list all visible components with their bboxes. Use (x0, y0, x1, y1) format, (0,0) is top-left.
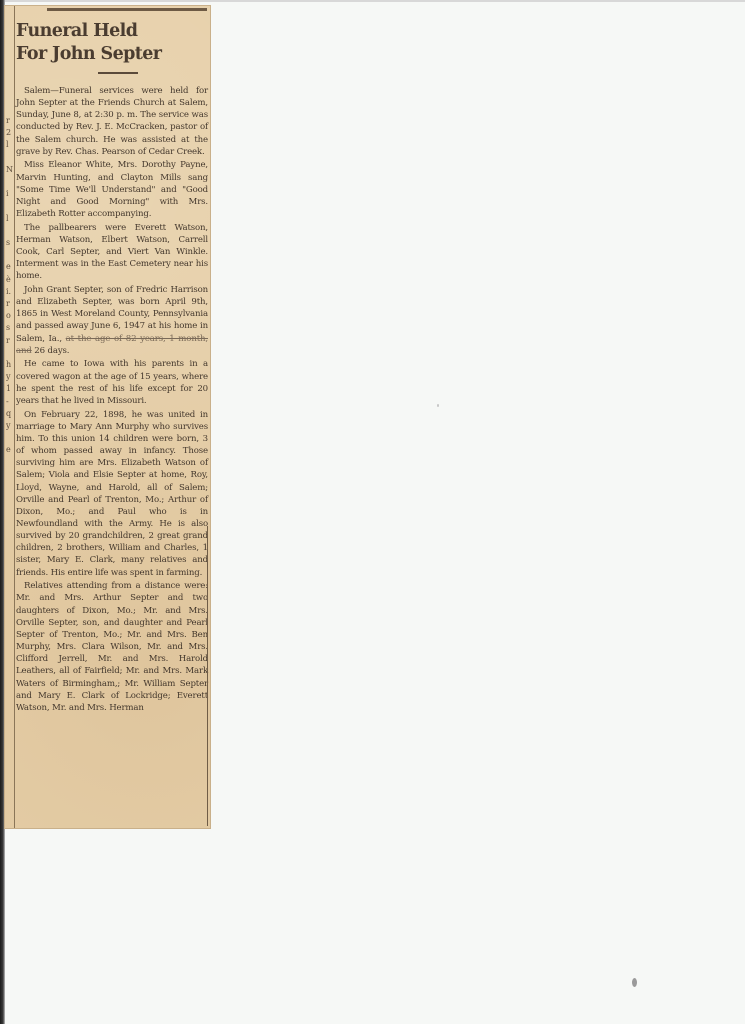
paragraph-service: Salem—Funeral services were held for Joh… (16, 85, 208, 158)
headline-line-2: For John Septer (16, 44, 161, 64)
scan-dust-speck (632, 978, 637, 987)
previous-column-fragment: r2lNilseèi.rosrhy1-qye (5, 6, 15, 828)
paragraph-pallbearers: The pallbearers were Everett Watson, Her… (16, 222, 208, 283)
headline-line-1: Funeral Held (16, 21, 137, 41)
fragment-letter: è (6, 275, 11, 284)
fragment-letter: i. (6, 287, 11, 296)
fragment-letter: e (6, 262, 11, 271)
fragment-letter: l (6, 214, 9, 223)
paragraph-family: On February 22, 1898, he was united in m… (16, 409, 208, 579)
fragment-letter: 2 (6, 128, 11, 137)
paragraph-biography: John Grant Septer, son of Fredric Harris… (16, 284, 208, 357)
fragment-letter: e (6, 445, 11, 454)
newspaper-clipping: r2lNilseèi.rosrhy1-qye Funeral Held For … (5, 6, 210, 828)
fragment-letter: q (6, 409, 11, 418)
fragment-letter: o (6, 311, 11, 320)
headline-rule (98, 72, 138, 74)
fragment-letter: 1 (6, 384, 11, 393)
article: Funeral Held For John Septer Salem—Funer… (16, 12, 208, 715)
paragraph-iowa: He came to Iowa with his parents in a co… (16, 358, 208, 407)
fragment-letter: s (6, 323, 10, 332)
fragment-letter: i (6, 189, 9, 198)
paragraph-relatives: Relatives attending from a distance were… (16, 580, 208, 714)
fragment-letter: r (6, 336, 10, 345)
column-rule-right (207, 526, 208, 826)
fragment-letter: y (6, 421, 11, 430)
fragment-letter: l (6, 140, 9, 149)
biography-tail: 26 days. (32, 346, 70, 356)
paragraph-music: Miss Eleanor White, Mrs. Dorothy Payne, … (16, 159, 208, 220)
fragment-letter: N (6, 165, 13, 174)
fragment-letter: s (6, 238, 10, 247)
fragment-letter: r (6, 299, 10, 308)
fragment-letter: h (6, 360, 11, 369)
fragment-letter: r (6, 116, 10, 125)
fragment-letter: - (6, 397, 9, 406)
scan-top-edge (0, 0, 745, 2)
fragment-letter: y (6, 372, 11, 381)
top-rule (47, 8, 207, 11)
scan-dust-speck (437, 404, 439, 407)
headline: Funeral Held For John Septer (16, 20, 208, 66)
